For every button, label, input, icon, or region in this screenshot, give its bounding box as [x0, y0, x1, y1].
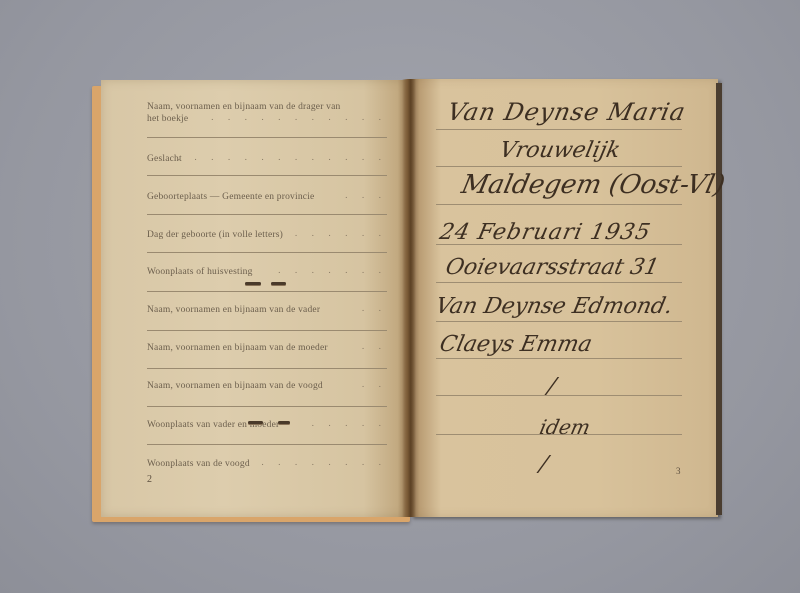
field-rule — [147, 137, 387, 138]
entry-rule — [436, 358, 682, 359]
booklet: Naam, voornamen en bijnaam van de drager… — [0, 0, 800, 593]
staple-mark — [278, 421, 290, 424]
field-mother-name: Naam, voornamen en bijnaam van de moeder… — [147, 342, 387, 356]
field-guardian-residence: Woonplaats van de voogd . . . . . . . . — [147, 458, 387, 472]
entry-sex: Vrouwelijk — [497, 138, 622, 163]
left-page — [101, 80, 410, 517]
leader-dots: . . — [362, 380, 387, 390]
entry-holder-name: Van Deynse Maria — [445, 98, 688, 126]
leader-dots: . . . . . . . — [278, 266, 387, 276]
field-rule — [147, 406, 387, 407]
field-father-name: Naam, voornamen en bijnaam van de vader … — [147, 304, 387, 318]
staple-mark — [245, 282, 261, 285]
booklet-spine — [402, 79, 416, 517]
leader-dots: . . — [362, 304, 387, 314]
leader-dots: . . . . . . . . . . . — [211, 113, 387, 123]
staple-mark — [248, 421, 263, 424]
field-holder-name: Naam, voornamen en bijnaam van de drager… — [147, 101, 387, 127]
entry-father-name: Van Deynse Edmond. — [433, 294, 675, 319]
entry-rule — [436, 321, 682, 322]
staple-mark — [271, 282, 286, 285]
field-birthplace: Geboorteplaats — Gemeente en provincie .… — [147, 191, 387, 205]
entry-rule — [436, 282, 682, 283]
entry-rule — [436, 166, 682, 167]
field-label: Naam, voornamen en bijnaam van de moeder — [147, 342, 387, 354]
leader-dots: . . . . . — [312, 419, 387, 429]
leader-dots: . . . . . . . . . . . . . — [178, 153, 387, 163]
field-residence: Woonplaats of huisvesting . . . . . . . — [147, 266, 387, 280]
field-rule — [147, 175, 387, 176]
field-label: Naam, voornamen en bijnaam van de drager… — [147, 101, 387, 113]
entry-residence: Ooievaarsstraat 31 — [443, 255, 661, 280]
leader-dots: . . — [362, 342, 387, 352]
field-rule — [147, 291, 387, 292]
field-rule — [147, 214, 387, 215]
entry-rule — [436, 129, 682, 130]
leader-dots: . . . — [345, 191, 387, 201]
field-label: Naam, voornamen en bijnaam van de vader — [147, 304, 387, 316]
field-rule — [147, 330, 387, 331]
entry-rule — [436, 204, 682, 205]
entry-mother-name: Claeys Emma — [437, 332, 594, 357]
entry-birthdate: 24 Februari 1935 — [437, 220, 653, 245]
field-guardian-name: Naam, voornamen en bijnaam van de voogd … — [147, 380, 387, 394]
leader-dots: . . . . . . — [295, 229, 387, 239]
entry-rule — [436, 395, 682, 396]
entry-parents-residence: idem — [537, 415, 592, 439]
field-label: Naam, voornamen en bijnaam van de voogd — [147, 380, 387, 392]
field-sex: Geslacht . . . . . . . . . . . . . — [147, 153, 387, 167]
field-rule — [147, 368, 387, 369]
field-parents-residence: Woonplaats van vader en moeder . . . . . — [147, 419, 387, 433]
leader-dots: . . . . . . . . — [261, 458, 387, 468]
page-number-right: 3 — [676, 466, 681, 476]
field-rule — [147, 252, 387, 253]
page-number-left: 2 — [147, 474, 152, 485]
field-rule — [147, 444, 387, 445]
entry-birthplace: Maldegem (Oost-Vl) — [459, 170, 728, 200]
right-page-edge-shadow — [716, 83, 722, 515]
field-birthdate: Dag der geboorte (in volle letters) . . … — [147, 229, 387, 243]
